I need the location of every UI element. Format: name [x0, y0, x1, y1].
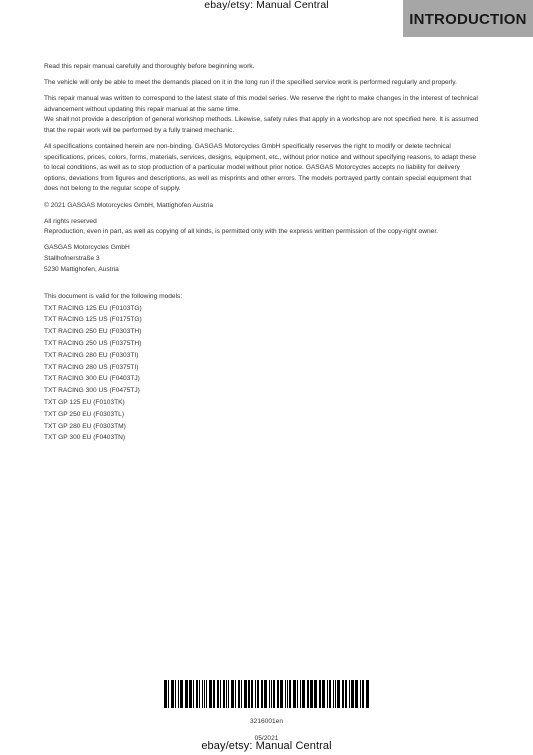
barcode-bar — [231, 680, 234, 708]
document-number: 3216001en — [0, 718, 533, 725]
barcode-bar — [226, 680, 227, 708]
model-item: TXT RACING 250 US (F0375TH) — [44, 338, 480, 350]
barcode-bar — [342, 680, 344, 708]
barcode-bar — [285, 680, 286, 708]
barcode-bar — [255, 680, 256, 708]
barcode-bar — [351, 680, 354, 708]
barcode-bar — [273, 680, 275, 708]
barcode-bar — [223, 680, 225, 708]
barcode-bar — [244, 680, 247, 708]
models-list: TXT RACING 125 EU (F0103TG)TXT RACING 12… — [44, 303, 480, 445]
barcode-bar — [349, 680, 350, 708]
barcode-bar — [366, 680, 369, 708]
barcode-bar — [164, 680, 167, 708]
section-title-box: INTRODUCTION — [403, 0, 533, 37]
barcode-bar — [217, 680, 219, 708]
model-item: TXT RACING 125 US (F0175TG) — [44, 314, 480, 326]
model-item: TXT GP 250 EU (F0303TL) — [44, 409, 480, 421]
barcode-bar — [248, 680, 250, 708]
address-company: GASGAS Motorcycles GmbH — [44, 244, 130, 251]
address-city: 5230 Mattighofen, Austria — [44, 266, 119, 273]
barcode-bar — [329, 680, 331, 708]
model-item: TXT RACING 125 EU (F0103TG) — [44, 303, 480, 315]
barcode-bar — [271, 680, 272, 708]
model-item: TXT GP 280 EU (F0303TM) — [44, 421, 480, 433]
barcode-bar — [310, 680, 313, 708]
barcode-bar — [189, 680, 192, 708]
barcode-bar — [269, 680, 270, 708]
model-item: TXT RACING 280 US (F0375TI) — [44, 362, 480, 374]
model-item: TXT RACING 300 EU (F0403TJ) — [44, 373, 480, 385]
barcode-bar — [193, 680, 194, 708]
barcode-bar — [289, 680, 291, 708]
barcode-bar — [264, 680, 267, 708]
barcode-bar — [335, 680, 336, 708]
model-item: TXT RACING 280 EU (F0303TI) — [44, 350, 480, 362]
barcode-bar — [302, 680, 305, 708]
model-item: TXT GP 300 EU (F0403TN) — [44, 432, 480, 444]
service-paragraph: The vehicle will only be able to meet th… — [44, 78, 480, 89]
barcode-bar — [280, 680, 283, 708]
barcode-bar — [204, 680, 205, 708]
rights-reserved: All rights reserved — [44, 217, 480, 228]
barcode-bar — [168, 680, 169, 708]
barcode-bar — [235, 680, 236, 708]
watermark-bottom: ebay/etsy: Manual Central — [0, 740, 533, 752]
barcode-bar — [333, 680, 334, 708]
barcode-bar — [287, 680, 288, 708]
model-item: TXT RACING 300 US (F0475TJ) — [44, 385, 480, 397]
model-item: TXT GP 125 EU (F0103TK) — [44, 397, 480, 409]
barcode-bar — [360, 680, 361, 708]
barcode-bar — [171, 680, 174, 708]
copyright-notice: © 2021 GASGAS Motorcycles GmbH, Mattigho… — [44, 201, 480, 212]
barcode-bar — [220, 680, 221, 708]
barcode-bar — [206, 680, 207, 708]
reproduction-notice: Reproduction, even in part, as well as c… — [44, 227, 480, 238]
section-title: INTRODUCTION — [409, 11, 526, 28]
barcode-bar — [178, 680, 179, 708]
barcode-bar — [327, 680, 328, 708]
barcode-bar — [337, 680, 340, 708]
barcode-bar — [228, 680, 229, 708]
barcode-bar — [238, 680, 240, 708]
company-address: GASGAS Motorcycles GmbH Stallhofnerstraß… — [44, 243, 480, 275]
barcode-bar — [300, 680, 301, 708]
barcode-bar — [209, 680, 212, 708]
page-content: Read this repair manual carefully and th… — [44, 62, 480, 444]
model-series-paragraph: This repair manual was written to corres… — [44, 94, 480, 115]
address-street: Stallhofnerstraße 3 — [44, 255, 100, 262]
models-intro: This document is valid for the following… — [44, 292, 480, 303]
barcode-bar — [307, 680, 309, 708]
barcode-bar — [277, 680, 279, 708]
barcode-bar — [319, 680, 321, 708]
barcode-bar — [196, 680, 198, 708]
barcode-bar — [213, 680, 215, 708]
barcode-bar — [261, 680, 263, 708]
barcode-bar — [199, 680, 200, 708]
workshop-paragraph: We shall not provide a description of ge… — [44, 115, 480, 136]
barcode-bar — [314, 680, 317, 708]
intro-paragraph: Read this repair manual carefully and th… — [44, 62, 480, 73]
barcode-bar — [257, 680, 259, 708]
barcode-bar — [293, 680, 296, 708]
barcode-bar — [345, 680, 347, 708]
barcode-bar — [362, 680, 364, 708]
model-item: TXT RACING 250 EU (F0303TH) — [44, 326, 480, 338]
barcode-bar — [202, 680, 203, 708]
barcode-bar — [180, 680, 183, 708]
barcode-bar — [241, 680, 242, 708]
barcode-bar — [355, 680, 358, 708]
barcode-bar — [175, 680, 176, 708]
barcode-bar — [322, 680, 325, 708]
barcode-bar — [251, 680, 253, 708]
barcode-bar — [185, 680, 188, 708]
specifications-paragraph: All specifications contained herein are … — [44, 142, 480, 195]
barcode — [164, 680, 369, 708]
barcode-bar — [297, 680, 298, 708]
